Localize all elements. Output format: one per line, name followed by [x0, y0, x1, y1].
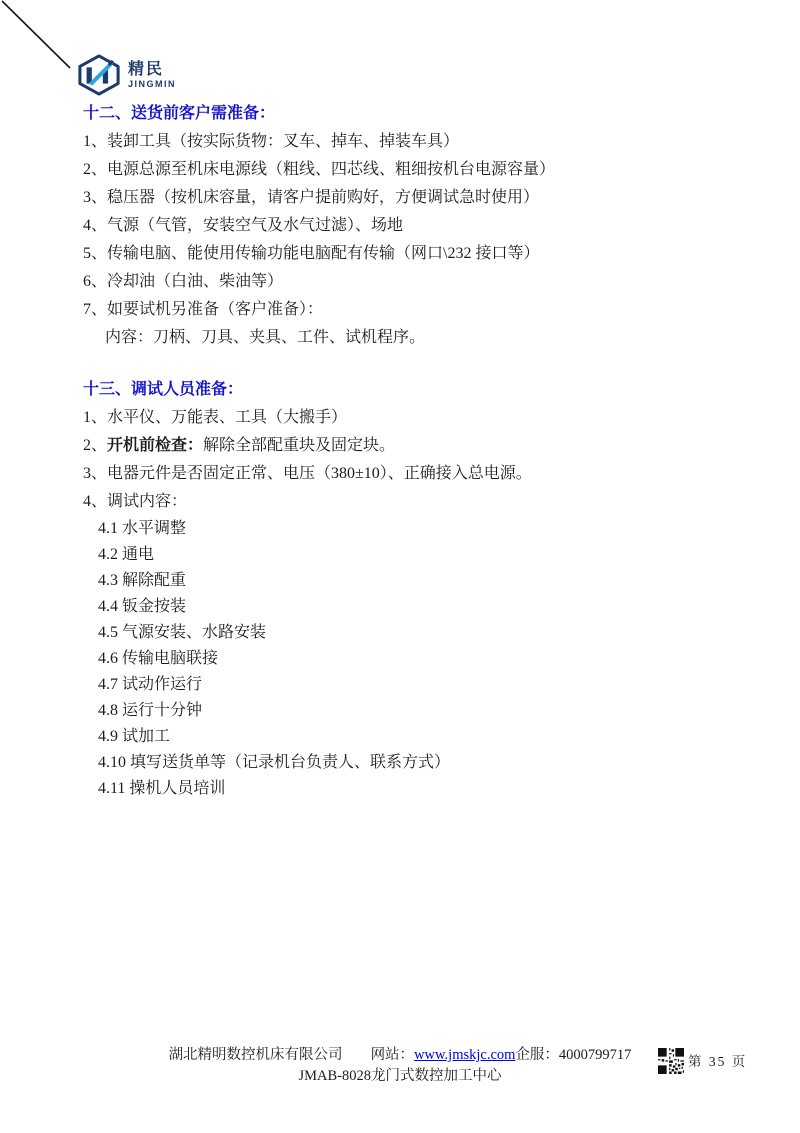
list-item: 3、电器元件是否固定正常、电压（380±10）、正确接入总电源。	[83, 460, 764, 488]
list-item-text: 1、水平仪、万能表、工具（大搬手）	[83, 409, 347, 426]
document-page: 精民 JINGMIN 十二、送货前客户需准备： 1、装卸工具（按实际货物：叉车、…	[0, 0, 800, 1133]
list-item-text: 内容：刀柄、刀具、夹具、工件、试机程序。	[105, 329, 425, 346]
list-item-text: 4.7 试动作运行	[98, 676, 202, 693]
section-delivery-preparation: 十二、送货前客户需准备： 1、装卸工具（按实际货物：叉车、掉车、掉装车具）2、电…	[83, 100, 764, 352]
brand-name-cn: 精民	[128, 62, 176, 78]
list-item-text: 4.2 通电	[98, 546, 154, 563]
list-item: 4.7 试动作运行	[83, 672, 764, 698]
list-item: 4.11 操机人员培训	[83, 776, 764, 802]
list-item-text: 4.5 气源安装、水路安装	[98, 624, 266, 641]
list-item-text: 5、传输电脑、能使用传输功能电脑配有传输（网口\232 接口等）	[83, 245, 539, 262]
footer-site-label: 网站：	[371, 1047, 415, 1063]
list-item: 7、如要试机另准备（客户准备）：	[83, 296, 764, 324]
list-item-text: 2、	[83, 437, 107, 454]
list-item-text: 4.4 钣金按装	[98, 598, 186, 615]
list-item: 4.2 通电	[83, 542, 764, 568]
list-item: 4、气源（气管，安装空气及水气过滤）、场地	[83, 212, 764, 240]
footer-service-hotline: 企服：4000799717	[515, 1047, 631, 1063]
footer-website-link[interactable]: www.jmskjc.com	[414, 1047, 515, 1063]
list-item-text: 4.9 试加工	[98, 728, 170, 745]
list-item-text: 4.3 解除配重	[98, 572, 186, 589]
list-item: 4、调试内容：	[83, 488, 764, 516]
list-item: 3、稳压器（按机床容量，请客户提前购好，方便调试急时使用）	[83, 184, 764, 212]
list-item-bold-text: 开机前检查：	[107, 437, 203, 454]
section-heading: 十三、调试人员准备：	[83, 376, 764, 404]
corner-scan-line	[0, 0, 80, 80]
list-item: 4.10 填写送货单等（记录机台负责人、联系方式）	[83, 750, 764, 776]
list-item-text: 4、调试内容：	[83, 493, 187, 510]
list-item-text: 2、电源总源至机床电源线（粗线、四芯线、粗细按机台电源容量）	[83, 161, 555, 178]
list-item: 4.9 试加工	[83, 724, 764, 750]
list-item-text: 解除全部配重块及固定块。	[203, 437, 395, 454]
list-item-text: 4.11 操机人员培训	[98, 780, 225, 797]
list-item: 4.6 传输电脑联接	[83, 646, 764, 672]
list-item-text: 4.8 运行十分钟	[98, 702, 202, 719]
section-heading: 十二、送货前客户需准备：	[83, 100, 764, 128]
list-item-text: 4、气源（气管，安装空气及水气过滤）、场地	[83, 217, 403, 234]
list-item-text: 4.1 水平调整	[98, 520, 186, 537]
list-item: 6、冷却油（白油、柴油等）	[83, 268, 764, 296]
list-item: 2、开机前检查：解除全部配重块及固定块。	[83, 432, 764, 460]
list-item: 4.8 运行十分钟	[83, 698, 764, 724]
section-item-list: 1、装卸工具（按实际货物：叉车、掉车、掉装车具）2、电源总源至机床电源线（粗线、…	[83, 128, 764, 352]
page-number: 第 35 页	[688, 1050, 747, 1070]
list-item: 5、传输电脑、能使用传输功能电脑配有传输（网口\232 接口等）	[83, 240, 764, 268]
section-debug-personnel-preparation: 十三、调试人员准备： 1、水平仪、万能表、工具（大搬手）2、开机前检查：解除全部…	[83, 376, 764, 802]
list-item-text: 4.10 填写送货单等（记录机台负责人、联系方式）	[98, 754, 450, 771]
list-item: 2、电源总源至机床电源线（粗线、四芯线、粗细按机台电源容量）	[83, 156, 764, 184]
document-content: 十二、送货前客户需准备： 1、装卸工具（按实际货物：叉车、掉车、掉装车具）2、电…	[83, 100, 764, 802]
list-item-text: 3、电器元件是否固定正常、电压（380±10）、正确接入总电源。	[83, 465, 532, 482]
list-item-text: 6、冷却油（白油、柴油等）	[83, 273, 283, 290]
list-item-text: 7、如要试机另准备（客户准备）：	[83, 301, 323, 318]
list-item-text: 3、稳压器（按机床容量，请客户提前购好，方便调试急时使用）	[83, 189, 539, 206]
list-item-text: 1、装卸工具（按实际货物：叉车、掉车、掉装车具）	[83, 133, 459, 150]
list-item: 内容：刀柄、刀具、夹具、工件、试机程序。	[83, 324, 764, 352]
list-item: 4.1 水平调整	[83, 516, 764, 542]
list-item: 1、水平仪、万能表、工具（大搬手）	[83, 404, 764, 432]
section-item-list: 1、水平仪、万能表、工具（大搬手）2、开机前检查：解除全部配重块及固定块。3、电…	[83, 404, 764, 802]
list-item-text: 4.6 传输电脑联接	[98, 650, 218, 667]
list-item: 4.5 气源安装、水路安装	[83, 620, 764, 646]
logo-text: 精民 JINGMIN	[128, 62, 176, 89]
footer-company-name: 湖北精明数控机床有限公司	[169, 1047, 343, 1063]
qr-code	[658, 1048, 684, 1074]
brand-name-en: JINGMIN	[128, 80, 176, 89]
list-item: 1、装卸工具（按实际货物：叉车、掉车、掉装车具）	[83, 128, 764, 156]
list-item: 4.4 钣金按装	[83, 594, 764, 620]
logo-hexagon-icon	[76, 54, 122, 96]
company-logo: 精民 JINGMIN	[76, 54, 176, 96]
list-item: 4.3 解除配重	[83, 568, 764, 594]
